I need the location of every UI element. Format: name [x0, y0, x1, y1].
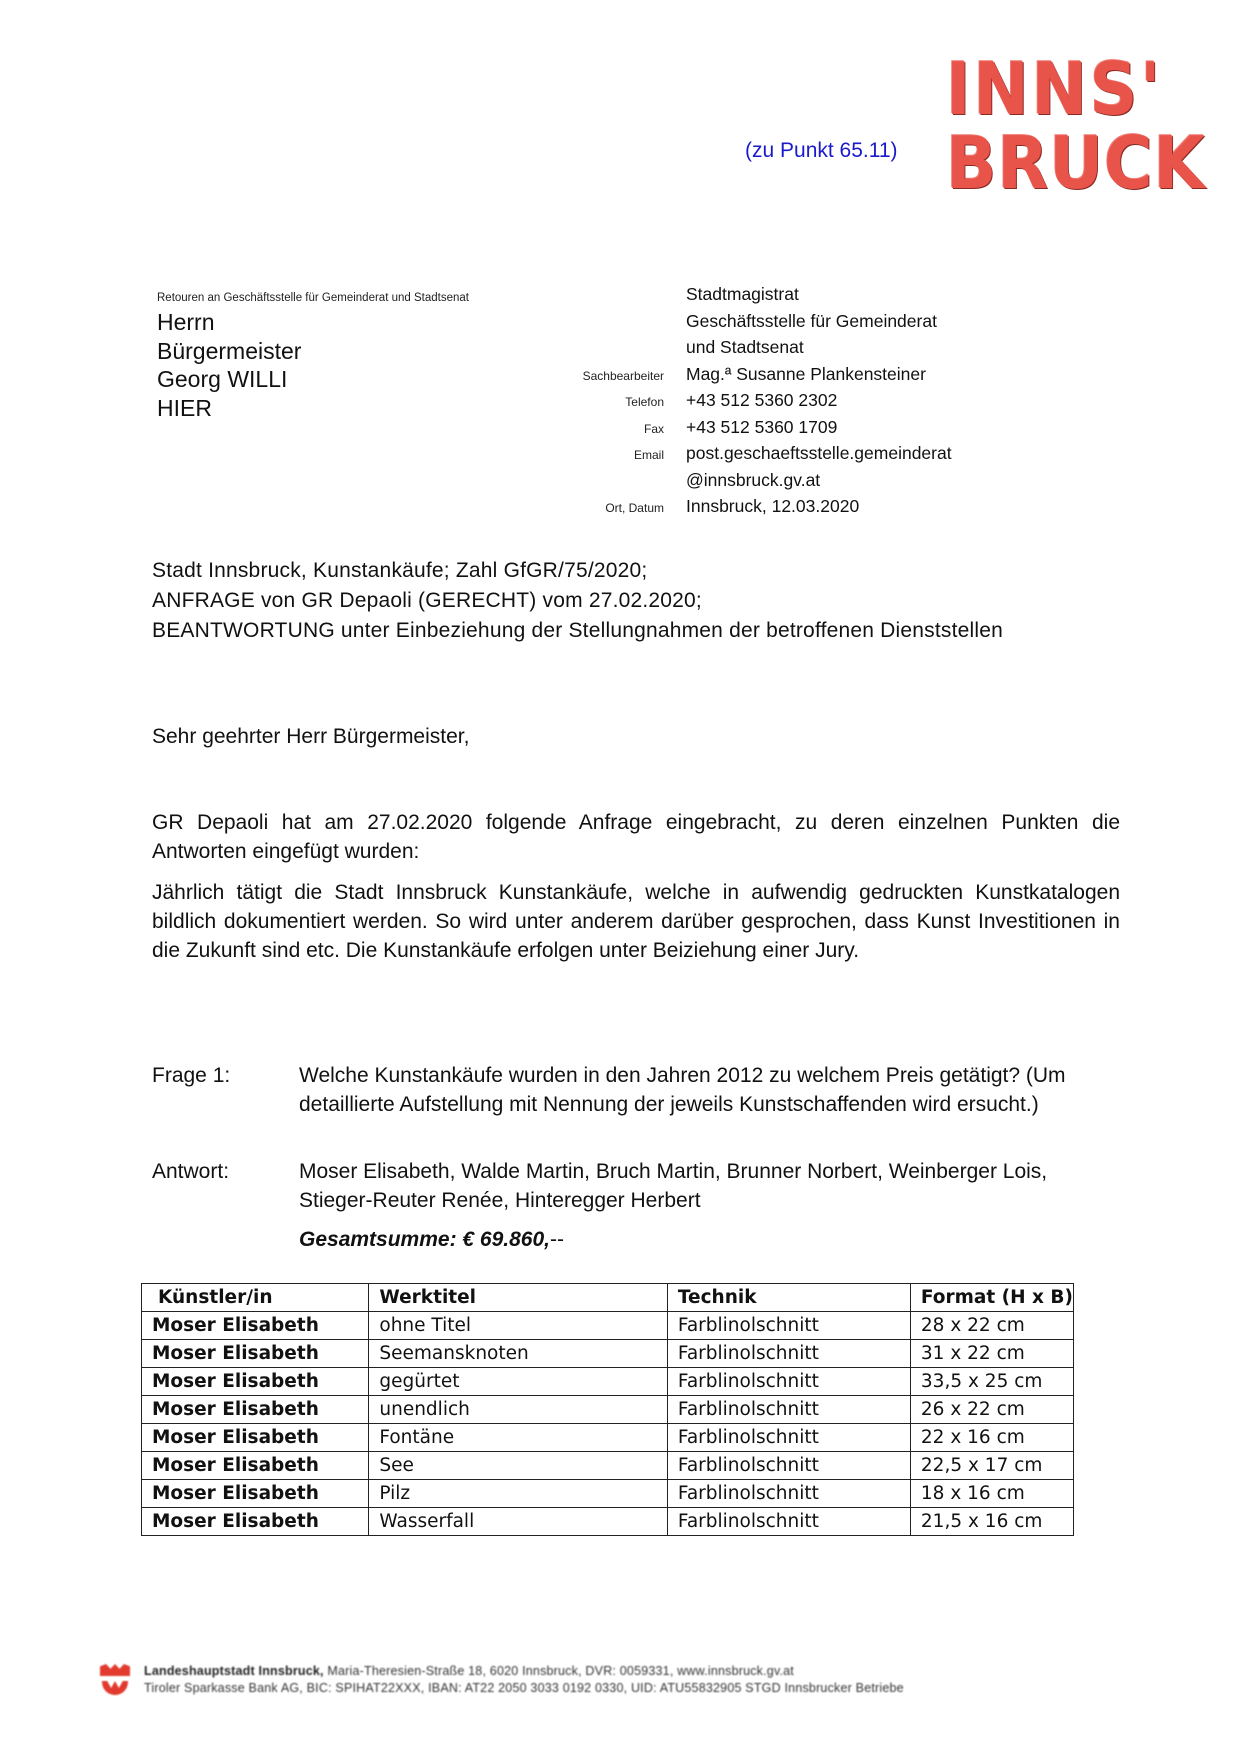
column-header-format: Format (H x B) [910, 1284, 1073, 1312]
table-row: Moser ElisabethWasserfallFarblinolschnit… [142, 1508, 1074, 1536]
total-label: Gesamtsumme: € 69.860, [299, 1228, 550, 1251]
reference-note: (zu Punkt 65.11) [745, 139, 898, 163]
recipient-line: Georg WILLI [157, 365, 301, 394]
sender-row: Ort, Datum Innsbruck, 12.03.2020 [560, 496, 952, 523]
fax-number: +43 512 5360 1709 [686, 417, 837, 438]
place-date: Innsbruck, 12.03.2020 [686, 496, 859, 517]
footer-line-1: Landeshauptstadt Innsbruck, Maria-Theres… [144, 1663, 904, 1680]
table-row: Moser ElisabethSeemansknotenFarblinolsch… [142, 1340, 1074, 1368]
cell-format: 31 x 22 cm [910, 1340, 1073, 1368]
sender-row: Geschäftsstelle für Gemeinderat [560, 311, 952, 338]
cell-format: 21,5 x 16 cm [910, 1508, 1073, 1536]
footer-text: Landeshauptstadt Innsbruck, Maria-Theres… [144, 1663, 904, 1697]
cell-technique: Farblinolschnitt [667, 1396, 910, 1424]
cell-technique: Farblinolschnitt [667, 1312, 910, 1340]
question-label: Frage 1: [152, 1061, 299, 1119]
column-header-artist: Künstler/in [142, 1284, 369, 1312]
logo-line-2: BRUCK [946, 126, 1176, 200]
recipient-line: Herrn [157, 308, 301, 337]
cell-title: gegürtet [369, 1368, 668, 1396]
return-address: Retouren an Geschäftsstelle für Gemeinde… [157, 292, 469, 304]
cell-technique: Farblinolschnitt [667, 1452, 910, 1480]
cell-technique: Farblinolschnitt [667, 1480, 910, 1508]
sender-label: Telefon [560, 395, 686, 409]
sender-label: Sachbearbeiter [560, 369, 686, 383]
phone-number: +43 512 5360 2302 [686, 390, 837, 411]
logo-line-1: INNS' [946, 52, 1176, 126]
subject-block: Stadt Innsbruck, Kunstankäufe; Zahl GfGR… [152, 556, 1003, 646]
email-address: post.geschaeftsstelle.gemeinderat [686, 443, 952, 464]
total-suffix: -- [550, 1228, 564, 1251]
column-header-title: Werktitel [369, 1284, 668, 1312]
cell-technique: Farblinolschnitt [667, 1340, 910, 1368]
cell-format: 26 x 22 cm [910, 1396, 1073, 1424]
subject-line: Stadt Innsbruck, Kunstankäufe; Zahl GfGR… [152, 556, 1003, 586]
sender-row: Stadtmagistrat [560, 284, 952, 311]
table-row: Moser ElisabethFontäneFarblinolschnitt22… [142, 1424, 1074, 1452]
cell-artist: Moser Elisabeth [142, 1312, 369, 1340]
cell-artist: Moser Elisabeth [142, 1480, 369, 1508]
sender-value: Stadtmagistrat [686, 284, 799, 305]
cell-format: 18 x 16 cm [910, 1480, 1073, 1508]
cell-title: See [369, 1452, 668, 1480]
column-header-technique: Technik [667, 1284, 910, 1312]
context-paragraph: Jährlich tätigt die Stadt Innsbruck Kuns… [152, 878, 1120, 965]
cell-artist: Moser Elisabeth [142, 1452, 369, 1480]
table-row: Moser ElisabethPilzFarblinolschnitt18 x … [142, 1480, 1074, 1508]
table-row: Moser ElisabethunendlichFarblinolschnitt… [142, 1396, 1074, 1424]
cell-format: 33,5 x 25 cm [910, 1368, 1073, 1396]
artworks-table: Künstler/in Werktitel Technik Format (H … [141, 1283, 1074, 1536]
cell-format: 22,5 x 17 cm [910, 1452, 1073, 1480]
subject-line: ANFRAGE von GR Depaoli (GERECHT) vom 27.… [152, 586, 1003, 616]
cell-title: Wasserfall [369, 1508, 668, 1536]
sender-row: Sachbearbeiter Mag.ª Susanne Plankenstei… [560, 364, 952, 391]
cell-title: Seemansknoten [369, 1340, 668, 1368]
sender-row: @innsbruck.gv.at [560, 470, 952, 497]
table-row: Moser ElisabethSeeFarblinolschnitt22,5 x… [142, 1452, 1074, 1480]
total-sum: Gesamtsumme: € 69.860,-- [299, 1228, 564, 1252]
table-row: Moser Elisabethohne TitelFarblinolschnit… [142, 1312, 1074, 1340]
table-header-row: Künstler/in Werktitel Technik Format (H … [142, 1284, 1074, 1312]
sender-block: Stadtmagistrat Geschäftsstelle für Gemei… [560, 284, 952, 523]
email-domain: @innsbruck.gv.at [686, 470, 820, 491]
footer-line-2: Tiroler Sparkasse Bank AG, BIC: SPIHAT22… [144, 1680, 904, 1697]
sender-label: Ort, Datum [560, 501, 686, 515]
cell-artist: Moser Elisabeth [142, 1340, 369, 1368]
sender-value: Geschäftsstelle für Gemeinderat [686, 311, 937, 332]
recipient-address: Herrn Bürgermeister Georg WILLI HIER [157, 308, 301, 422]
cell-format: 28 x 22 cm [910, 1312, 1073, 1340]
cell-title: Fontäne [369, 1424, 668, 1452]
sender-label: Email [560, 448, 686, 462]
question-text: Welche Kunstankäufe wurden in den Jahren… [299, 1061, 1120, 1119]
cell-artist: Moser Elisabeth [142, 1424, 369, 1452]
answer-text: Moser Elisabeth, Walde Martin, Bruch Mar… [299, 1157, 1120, 1215]
cell-technique: Farblinolschnitt [667, 1368, 910, 1396]
sender-row: Fax +43 512 5360 1709 [560, 417, 952, 444]
cell-format: 22 x 16 cm [910, 1424, 1073, 1452]
question-1: Frage 1: Welche Kunstankäufe wurden in d… [152, 1061, 1120, 1119]
sender-row: und Stadtsenat [560, 337, 952, 364]
table-row: Moser ElisabethgegürtetFarblinolschnitt3… [142, 1368, 1074, 1396]
recipient-line: Bürgermeister [157, 337, 301, 366]
cell-artist: Moser Elisabeth [142, 1396, 369, 1424]
cell-artist: Moser Elisabeth [142, 1368, 369, 1396]
intro-paragraph: GR Depaoli hat am 27.02.2020 folgende An… [152, 808, 1120, 866]
cell-technique: Farblinolschnitt [667, 1508, 910, 1536]
sender-label: Fax [560, 422, 686, 436]
answer-label: Antwort: [152, 1157, 299, 1215]
answer-1: Antwort: Moser Elisabeth, Walde Martin, … [152, 1157, 1120, 1215]
sender-row: Email post.geschaeftsstelle.gemeinderat [560, 443, 952, 470]
case-officer: Mag.ª Susanne Plankensteiner [686, 364, 926, 385]
salutation: Sehr geehrter Herr Bürgermeister, [152, 725, 469, 749]
footer: Landeshauptstadt Innsbruck, Maria-Theres… [100, 1663, 904, 1697]
innsbruck-logo: INNS' BRUCK [946, 52, 1196, 200]
cell-artist: Moser Elisabeth [142, 1508, 369, 1536]
sender-value: und Stadtsenat [686, 337, 804, 358]
cell-title: ohne Titel [369, 1312, 668, 1340]
sender-row: Telefon +43 512 5360 2302 [560, 390, 952, 417]
cell-title: Pilz [369, 1480, 668, 1508]
subject-line: BEANTWORTUNG unter Einbeziehung der Stel… [152, 616, 1003, 646]
cell-technique: Farblinolschnitt [667, 1424, 910, 1452]
recipient-line: HIER [157, 394, 301, 423]
innsbruck-coat-of-arms-icon [100, 1664, 130, 1696]
cell-title: unendlich [369, 1396, 668, 1424]
